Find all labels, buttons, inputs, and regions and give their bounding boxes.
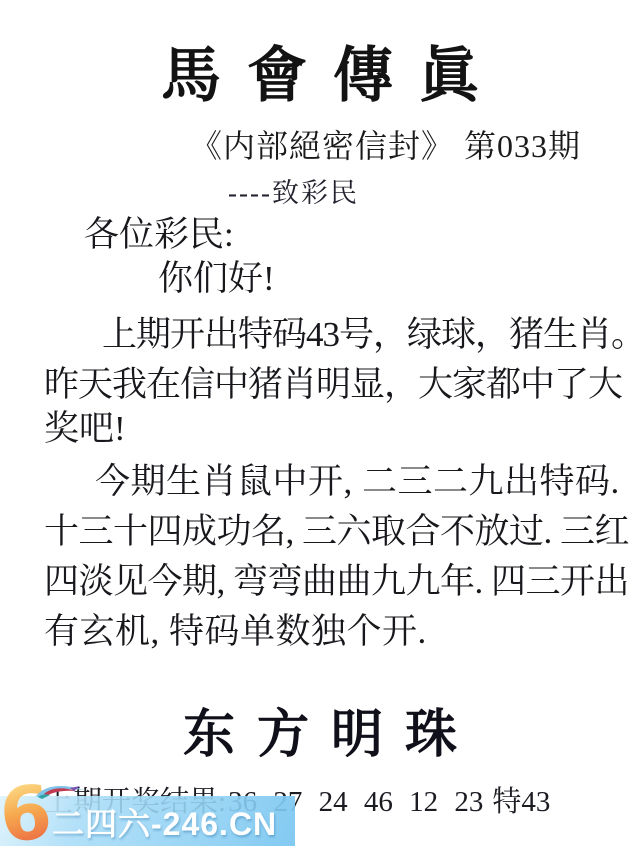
paragraph2-line3: 四淡见今期, 弯弯曲曲九九年. 四三开出 [44,564,629,599]
results-special: 特43 [492,786,550,818]
paragraph1-line2: 昨天我在信中猪肖明显，大家都中了大 [44,367,622,402]
watermark-site-text: 二四六-246.CN [52,799,277,845]
fax-document: 馬會傳眞 《内部絕密信封》第033期 ----致彩民 各位彩民: 你们好! 上期… [0,0,640,846]
special-number: 43 [521,786,550,818]
page-title: 馬會傳眞 [0,28,640,114]
paragraph1-line3: 奖吧! [44,411,126,446]
paragraph1-line1: 上期开出特码43号，绿球，猪生肖。 [102,317,640,352]
subtitle: 《内部絕密信封》第033期 [190,121,581,167]
dedication-line: ----致彩民 [228,171,359,210]
greeting: 你们好! [158,261,275,296]
paragraph2-line1: 今期生肖鼠中开, 二三二九出特码. [95,464,620,499]
watermark-swoosh-icon [34,782,86,804]
special-label: 特 [492,786,521,818]
issue-number: 第033期 [464,128,581,164]
salutation: 各位彩民: [84,217,234,252]
envelope-label: 《内部絕密信封》 [190,128,454,164]
paragraph2-line2: 十三十四成功名, 三六取合不放过. 三红 [44,514,629,549]
signature: 东方明珠 [0,692,640,767]
paragraph2-line4: 有玄机, 特码单数独个开. [44,614,427,649]
